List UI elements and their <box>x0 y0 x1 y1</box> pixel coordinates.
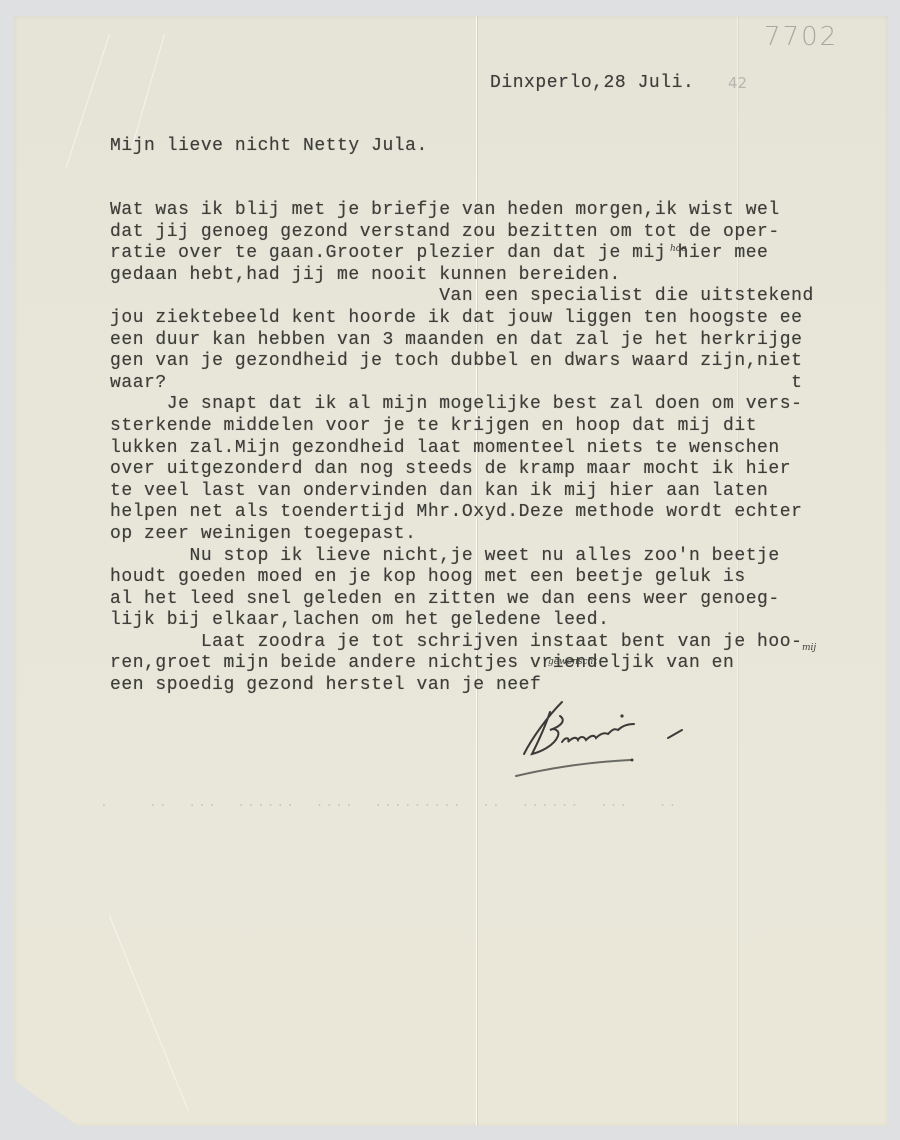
letter-line: een duur kan hebben van 3 maanden en dat… <box>110 330 814 352</box>
handwritten-insertion: mij <box>802 643 816 653</box>
letter-line: al het leed snel geleden en zitten we da… <box>110 589 814 611</box>
letter-line: ren,groet mijn beide andere nichtjes vri… <box>110 653 814 675</box>
letter-line: jou ziektebeeld kent hoorde ik dat jouw … <box>110 308 814 330</box>
letter-line: helpen net als toendertijd Mhr.Oxyd.Deze… <box>110 502 814 524</box>
letter-line: waar? t <box>110 373 814 395</box>
letter-line: dat jij genoeg gezond verstand zou bezit… <box>110 222 814 244</box>
letter-line: op zeer weinigen toegepast. <box>110 524 814 546</box>
paper-crease <box>66 34 110 167</box>
paper-crease <box>109 916 189 1111</box>
letter-line: Wat was ik blij met je briefje van heden… <box>110 200 814 222</box>
letter-body: Wat was ik blij met je briefje van heden… <box>110 200 814 697</box>
letter-line: lijk bij elkaar,lachen om het geledene l… <box>110 610 814 632</box>
archive-number: 7702 <box>764 22 838 52</box>
letter-line: over uitgezonderd dan nog steeds de kram… <box>110 459 814 481</box>
letter-line: Van een specialist die uitstekend <box>110 286 814 308</box>
letter-line: gedaan hebt,had jij me nooit kunnen bere… <box>110 265 814 287</box>
handwritten-insertion: hoe <box>670 244 687 254</box>
date-line: Dinxperlo,28 Juli. <box>490 73 694 93</box>
date-pencil-note: 42 <box>728 74 747 92</box>
letter-line: sterkende middelen voor je te krijgen en… <box>110 416 814 438</box>
letter-line: Laat zoodra je tot schrijven instaat ben… <box>110 632 814 654</box>
letter-line: ratie over te gaan.Grooter plezier dan d… <box>110 243 814 265</box>
salutation: Mijn lieve nicht Netty Jula. <box>110 136 428 156</box>
letter-line: houdt goeden moed en je kop hoog met een… <box>110 567 814 589</box>
letter-line: te veel last van ondervinden dan kan ik … <box>110 481 814 503</box>
letter-line: lukken zal.Mijn gezondheid laat momentee… <box>110 438 814 460</box>
signature: Bennie <box>510 690 730 790</box>
letter-line: Je snapt dat ik al mijn mogelijke best z… <box>110 394 814 416</box>
handwritten-insertion: gewenscht <box>548 657 597 667</box>
letter-line: gen van je gezondheid je toch dubbel en … <box>110 351 814 373</box>
bleed-through-text: . .. ... ...... .... ......... .. ......… <box>100 795 678 810</box>
paper-crease <box>131 34 165 150</box>
letter-line: Nu stop ik lieve nicht,je weet nu alles … <box>110 546 814 568</box>
